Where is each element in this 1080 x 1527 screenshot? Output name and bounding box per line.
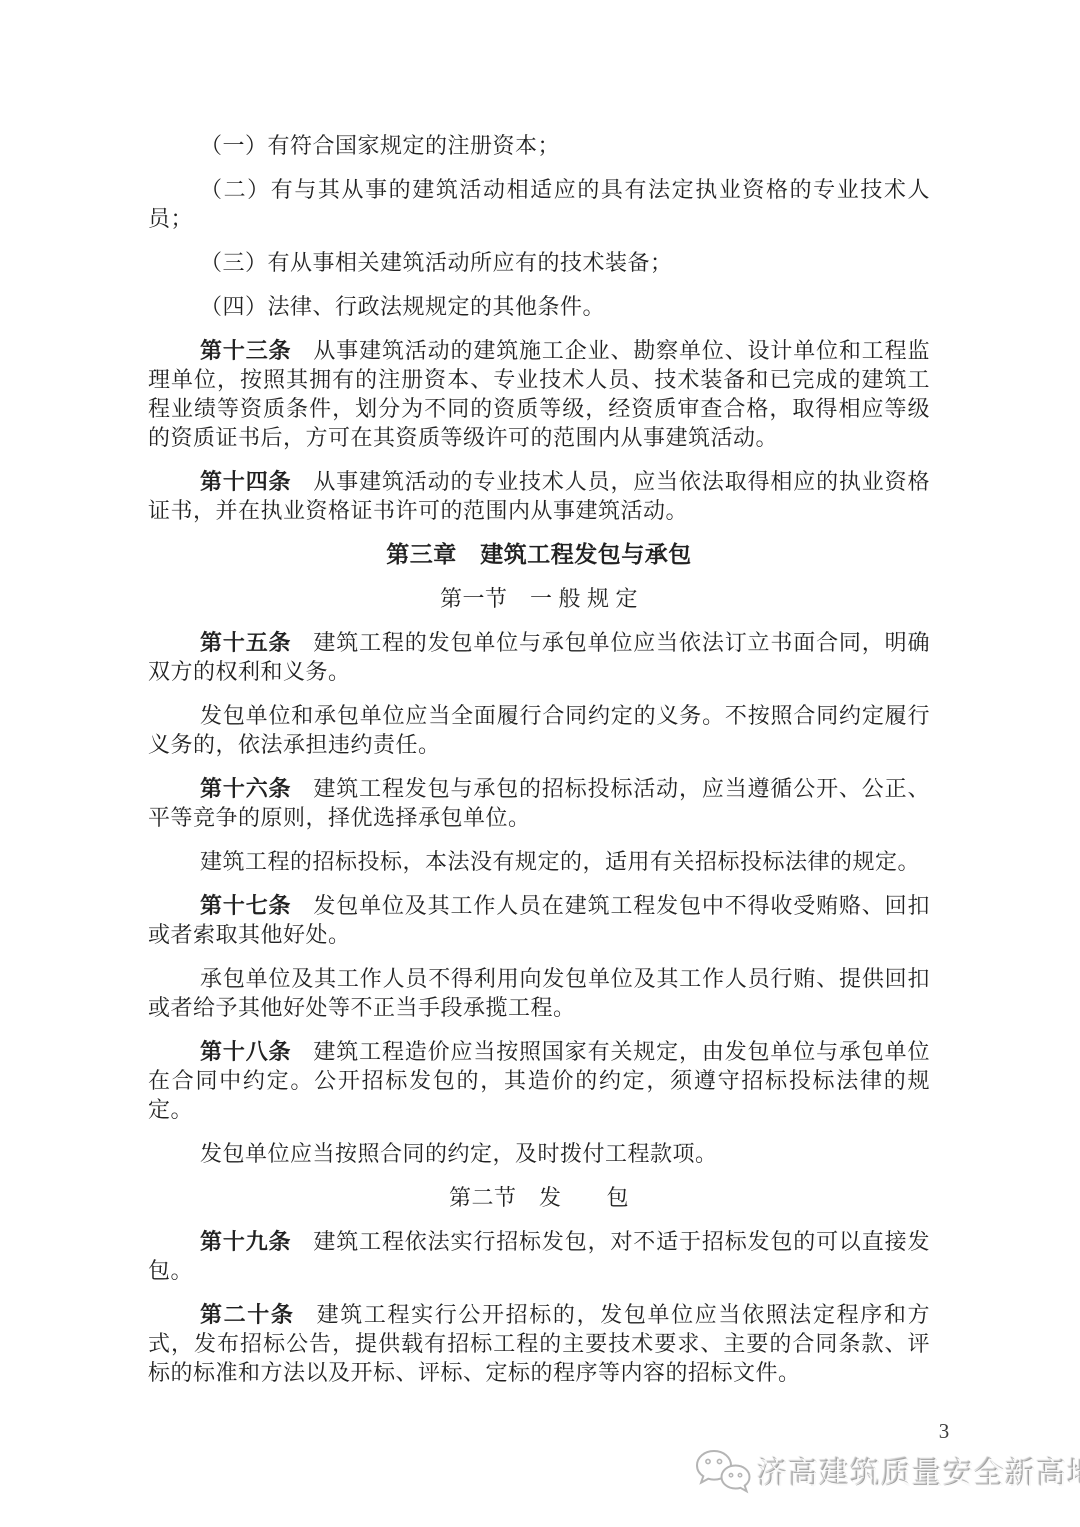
article-18-number: 第十八条 — [200, 1039, 291, 1064]
section-1-heading: 第一节 一 般 规 定 — [148, 584, 930, 613]
section-2-heading: 第二节 发 包 — [148, 1183, 930, 1212]
wechat-icon — [694, 1448, 752, 1501]
clause-item-1: （一）有符合国家规定的注册资本； — [148, 131, 930, 160]
article-15-para-2: 发包单位和承包单位应当全面履行合同约定的义务。不按照合同约定履行义务的，依法承担… — [148, 701, 930, 759]
article-13-number: 第十三条 — [200, 338, 291, 363]
article-20: 第二十条建筑工程实行公开招标的，发包单位应当依照法定程序和方式，发布招标公告，提… — [148, 1300, 930, 1387]
clause-item-2: （二）有与其从事的建筑活动相适应的具有法定执业资格的专业技术人员； — [148, 175, 930, 233]
article-18-para-2: 发包单位应当按照合同的约定，及时拨付工程款项。 — [148, 1139, 930, 1168]
article-20-number: 第二十条 — [200, 1302, 295, 1327]
article-17: 第十七条发包单位及其工作人员在建筑工程发包中不得收受贿赂、回扣或者索取其他好处。 — [148, 891, 930, 949]
clause-item-4: （四）法律、行政法规规定的其他条件。 — [148, 292, 930, 321]
chapter-3-heading: 第三章 建筑工程发包与承包 — [148, 540, 930, 569]
article-14: 第十四条从事建筑活动的专业技术人员，应当依法取得相应的执业资格证书，并在执业资格… — [148, 467, 930, 525]
article-18: 第十八条建筑工程造价应当按照国家有关规定，由发包单位与承包单位在合同中约定。公开… — [148, 1037, 930, 1124]
article-16: 第十六条建筑工程发包与承包的招标投标活动，应当遵循公开、公正、平等竞争的原则，择… — [148, 774, 930, 832]
article-16-para-2: 建筑工程的招标投标，本法没有规定的，适用有关招标投标法律的规定。 — [148, 847, 930, 876]
article-19: 第十九条建筑工程依法实行招标发包，对不适于招标发包的可以直接发包。 — [148, 1227, 930, 1285]
watermark-text: 济高建筑质量安全新高地 — [758, 1450, 1080, 1500]
article-17-para-2: 承包单位及其工作人员不得利用向发包单位及其工作人员行贿、提供回扣或者给予其他好处… — [148, 964, 930, 1022]
document-page: （一）有符合国家规定的注册资本； （二）有与其从事的建筑活动相适应的具有法定执业… — [0, 0, 1080, 1527]
page-number: 3 — [928, 1418, 960, 1444]
watermark: 济高建筑质量安全新高地 — [694, 1448, 1080, 1501]
article-15: 第十五条建筑工程的发包单位与承包单位应当依法订立书面合同，明确双方的权利和义务。 — [148, 628, 930, 686]
article-14-number: 第十四条 — [200, 469, 291, 494]
clause-item-3: （三）有从事相关建筑活动所应有的技术装备； — [148, 248, 930, 277]
article-16-number: 第十六条 — [200, 776, 291, 801]
article-13: 第十三条从事建筑活动的建筑施工企业、勘察单位、设计单位和工程监理单位，按照其拥有… — [148, 336, 930, 452]
document-body: （一）有符合国家规定的注册资本； （二）有与其从事的建筑活动相适应的具有法定执业… — [148, 131, 930, 1402]
article-17-number: 第十七条 — [200, 893, 291, 918]
article-15-number: 第十五条 — [200, 630, 291, 655]
article-19-number: 第十九条 — [200, 1229, 291, 1254]
